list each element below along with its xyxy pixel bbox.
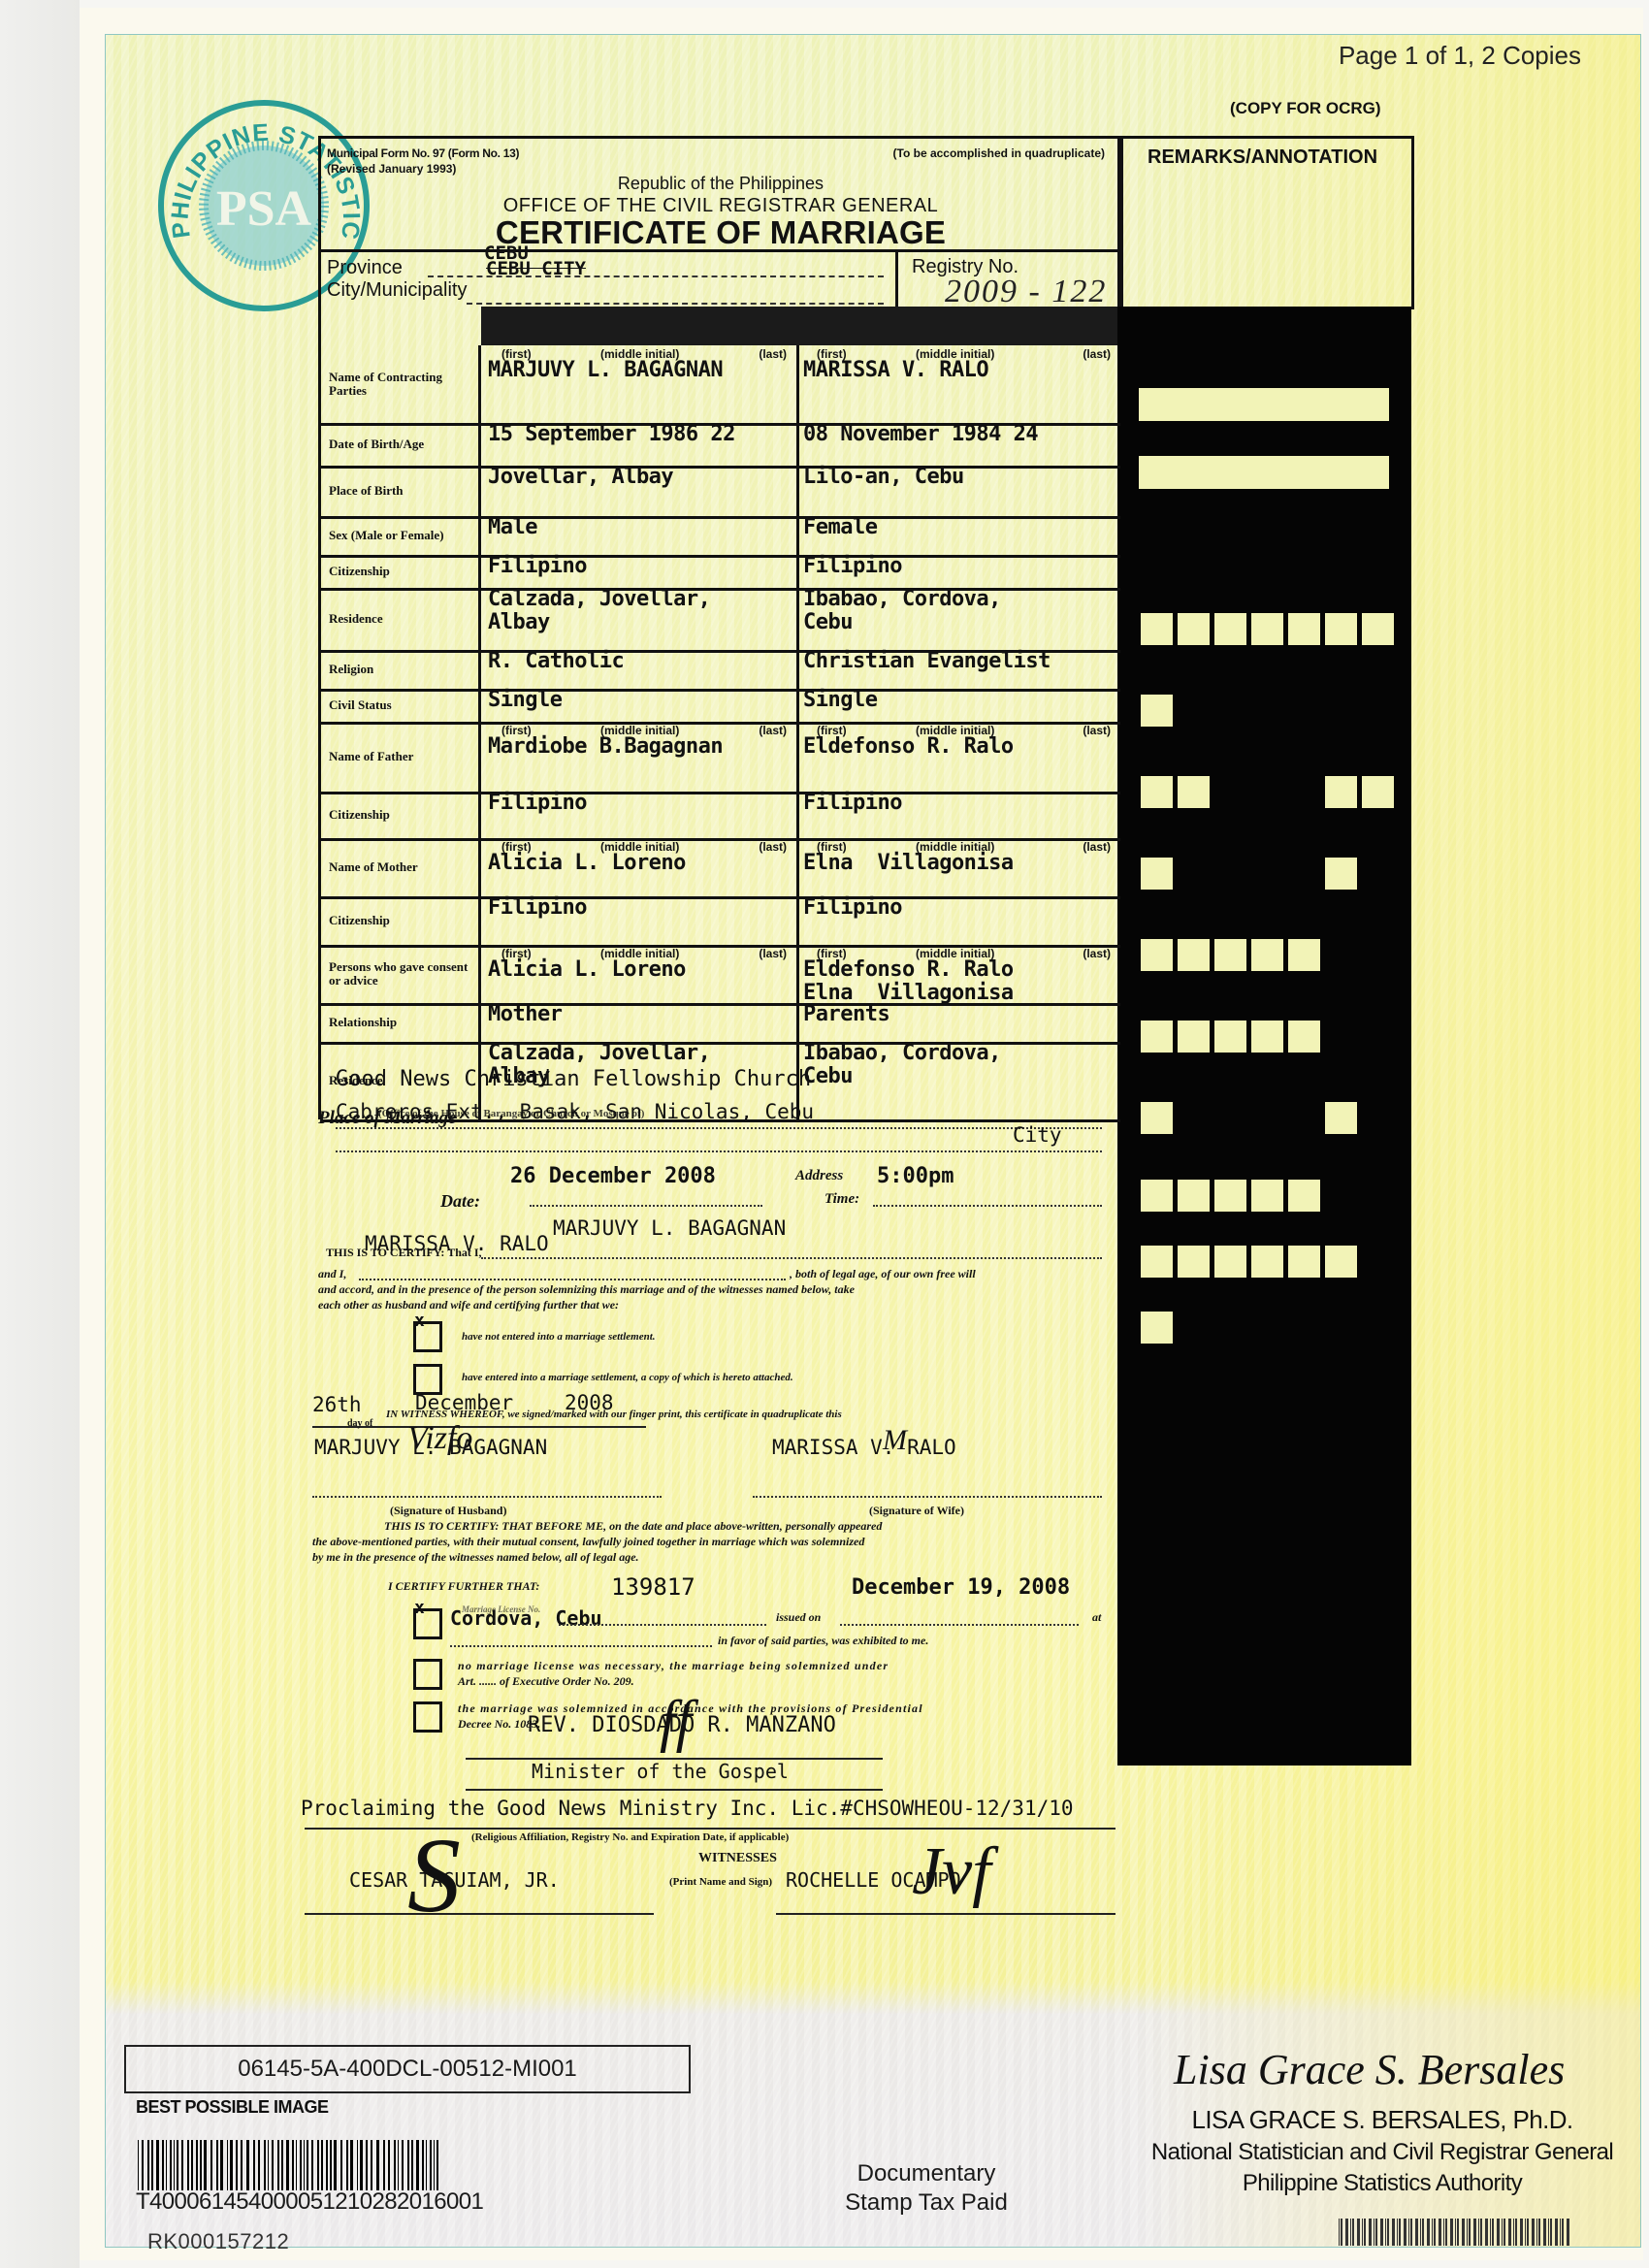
wife-cell: Parents xyxy=(799,1003,1120,1042)
checkbox-no-settlement[interactable]: x xyxy=(413,1321,442,1352)
wife-value: Christian Evangelist xyxy=(803,650,1051,673)
wife-cell: Lilo-an, Cebu xyxy=(799,466,1120,516)
wife-cell: Christian Evangelist xyxy=(799,650,1120,689)
husband-cell: Single xyxy=(484,689,799,722)
husband-value: Filipino xyxy=(488,555,587,578)
last-sublabel: (last) xyxy=(1083,840,1111,854)
husband-cell: 15 September 1986 22 xyxy=(484,423,799,466)
husband-value: Alicia L. Loreno xyxy=(488,958,686,982)
husband-cell: Mother xyxy=(484,1003,799,1042)
last-sublabel: (last) xyxy=(759,347,787,361)
wife-cell: Filipino xyxy=(799,792,1120,838)
consent-text-3: each other as husband and wife and certi… xyxy=(318,1298,619,1312)
witness-sublabel: (Print Name and Sign) xyxy=(669,1876,772,1888)
affiliation-label: (Religious Affiliation, Registry No. and… xyxy=(471,1831,789,1843)
check-mark-icon: x xyxy=(414,1311,425,1331)
table-row: Sex (Male or Female)MaleFemale xyxy=(321,516,1120,558)
husband-value: Jovellar, Albay xyxy=(488,466,673,489)
at-label: at xyxy=(1092,1610,1101,1625)
barcode-icon xyxy=(138,2140,603,2190)
best-image-label: BEST POSSIBLE IMAGE xyxy=(136,2097,329,2118)
table-row: Date of Birth/Age15 September 1986 2208 … xyxy=(321,423,1120,469)
barcode-number: T400061454000051210282016001 xyxy=(136,2188,483,2216)
husband-cell: (first)(middle initial)(last)Alicia L. L… xyxy=(484,838,799,896)
stamp-tax-label: Documentary Stamp Tax Paid xyxy=(810,2159,1043,2218)
wife-cell: Filipino xyxy=(799,555,1120,588)
form-number: Municipal Form No. 97 (Form No. 13) xyxy=(327,146,519,160)
control-number: 06145-5A-400DCL-00512-MI001 xyxy=(238,2056,577,2083)
no-license-2: Art. ...... of Executive Order No. 209. xyxy=(458,1674,634,1689)
wife-value: Filipino xyxy=(803,896,902,920)
wife-value: Eldefonso R. Ralo Elna Villagonisa xyxy=(803,958,1014,1005)
wife-cell: (first)(middle initial)(last)MARISSA V. … xyxy=(799,345,1120,423)
officer-agency: Philippine Statistics Authority xyxy=(1120,2170,1644,2197)
row-label: Persons who gave consent or advice xyxy=(321,945,481,1003)
republic-heading: Republic of the Philippines xyxy=(321,174,1120,194)
wife-value: 08 November 1984 24 xyxy=(803,423,1038,446)
page-info: Page 1 of 1, 2 Copies xyxy=(1339,41,1581,71)
marriage-data-table: Name of Contracting Parties(first)(middl… xyxy=(318,307,1120,1119)
last-sublabel: (last) xyxy=(1083,724,1111,737)
witness-2-signature: Jvf xyxy=(912,1833,991,1911)
wife-cell: (first)(middle initial)(last)Eldefonso R… xyxy=(799,945,1120,1003)
wife-value: Single xyxy=(803,689,877,712)
wife-signature-label: (Signature of Wife) xyxy=(869,1504,964,1518)
table-row: Place of BirthJovellar, AlbayLilo-an, Ce… xyxy=(321,466,1120,519)
row-label: Citizenship xyxy=(321,555,481,588)
witness-1-signature: S xyxy=(407,1814,461,1937)
license-number: 139817 xyxy=(611,1573,695,1601)
province-row: Province City/Municipality CEBU CEBU CIT… xyxy=(321,249,1120,312)
husband-value: Mardiobe B.Bagagnan xyxy=(488,735,723,759)
solemnizer-position: Minister of the Gospel xyxy=(532,1760,789,1783)
wife-value: Parents xyxy=(803,1003,889,1026)
wife-cell: (first)(middle initial)(last)Eldefonso R… xyxy=(799,722,1120,792)
license-date: December 19, 2008 xyxy=(852,1575,1070,1600)
security-barcode-icon xyxy=(1339,2219,1630,2246)
last-sublabel: (last) xyxy=(1083,347,1111,361)
table-row: CitizenshipFilipinoFilipino xyxy=(321,555,1120,591)
table-row: Persons who gave consent or advice(first… xyxy=(321,945,1120,1006)
officer-title: National Statistician and Civil Registra… xyxy=(1120,2139,1644,2166)
remarks-redaction xyxy=(1117,307,1411,1766)
wife-cell: 08 November 1984 24 xyxy=(799,423,1120,466)
row-label: Place of Birth xyxy=(321,466,481,516)
marriage-date: 26 December 2008 xyxy=(510,1164,716,1188)
husband-value: 15 September 1986 22 xyxy=(488,423,735,446)
table-row: Name of Contracting Parties(first)(middl… xyxy=(321,345,1120,426)
time-label: Time: xyxy=(824,1191,859,1208)
remarks-header: REMARKS/ANNOTATION xyxy=(1148,146,1377,169)
husband-signature: Vizfo xyxy=(407,1420,472,1457)
wife-value: Ibabao, Cordova, Cebu xyxy=(803,588,1001,634)
no-license-1: no marriage license was necessary, the m… xyxy=(458,1659,889,1673)
address-label: Address xyxy=(795,1168,843,1184)
husband-cell: Jovellar, Albay xyxy=(484,466,799,516)
row-label: Citizenship xyxy=(321,896,481,945)
wife-value: Ibabao, Cordova, Cebu xyxy=(803,1042,1001,1088)
husband-value: Single xyxy=(488,689,562,712)
witnesses-label: WITNESSES xyxy=(698,1851,777,1866)
city-label: City/Municipality xyxy=(327,279,467,302)
wife-value: Elna Villagonisa xyxy=(803,852,1014,875)
control-number-box: 06145-5A-400DCL-00512-MI001 xyxy=(124,2045,691,2093)
husband-signature-label: (Signature of Husband) xyxy=(390,1504,506,1518)
wife-value: Lilo-an, Cebu xyxy=(803,466,964,489)
solemnizer-cert-2: the above-mentioned parties, with their … xyxy=(312,1535,864,1549)
checkbox-no-license[interactable] xyxy=(413,1659,442,1690)
husband-value: R. Catholic xyxy=(488,650,624,673)
wife-cell: Ibabao, Cordova, Cebu xyxy=(799,1042,1120,1119)
wife-value: Filipino xyxy=(803,792,902,815)
table-row: CitizenshipFilipinoFilipino xyxy=(321,792,1120,841)
wife-signature-name: MARISSA V. RALO xyxy=(772,1436,956,1459)
solemnizer-signature: ff xyxy=(660,1688,692,1755)
marriage-time: 5:00pm xyxy=(877,1164,954,1188)
registry-box: Registry No. 2009 - 122 xyxy=(895,252,1123,312)
last-sublabel: (last) xyxy=(1083,947,1111,960)
table-row: Name of Mother(first)(middle initial)(la… xyxy=(321,838,1120,899)
husband-cell: R. Catholic xyxy=(484,650,799,689)
license-text-2: in favor of said parties, was exhibited … xyxy=(718,1634,928,1648)
option-no-settlement: have not entered into a marriage settlem… xyxy=(462,1331,656,1343)
row-label: Residence xyxy=(321,588,481,650)
husband-value: Alicia L. Loreno xyxy=(488,852,686,875)
row-label: Name of Mother xyxy=(321,838,481,896)
place-line1: Good News Christian Fellowship Church xyxy=(336,1067,811,1091)
husband-value: Filipino xyxy=(488,792,587,815)
husband-cell: Male xyxy=(484,516,799,555)
last-sublabel: (last) xyxy=(759,947,787,960)
husband-cell: Filipino xyxy=(484,792,799,838)
wife-cell: (first)(middle initial)(last)Elna Villag… xyxy=(799,838,1120,896)
husband-cell: Filipino xyxy=(484,555,799,588)
date-label: Date: xyxy=(440,1191,480,1212)
row-label: Name of Father xyxy=(321,722,481,792)
copy-for-label: (COPY FOR OCRG) xyxy=(1230,99,1381,118)
check-mark-icon: x xyxy=(414,1598,425,1618)
consent-text-2: and accord, and in the presence of the p… xyxy=(318,1282,855,1297)
table-row: Name of Father(first)(middle initial)(la… xyxy=(321,722,1120,794)
wife-signature: M xyxy=(883,1424,907,1457)
psa-monogram: PSA xyxy=(216,181,312,237)
city-value: CEBU CITY xyxy=(486,258,586,279)
wife-value: Filipino xyxy=(803,555,902,578)
husband-value: Mother xyxy=(488,1003,562,1026)
rk-number: RK000157212 xyxy=(147,2229,289,2254)
registry-value: 2009 - 122 xyxy=(945,274,1107,310)
checkbox-pd[interactable] xyxy=(413,1701,442,1733)
option-settlement: have entered into a marriage settlement,… xyxy=(462,1372,793,1383)
officer-signature: Lisa Grace S. Bersales xyxy=(1174,2045,1565,2094)
husband-cell: Filipino xyxy=(484,896,799,945)
witness-statement: IN WITNESS WHEREOF, we signed/marked wit… xyxy=(386,1409,842,1420)
day-of-label: day of xyxy=(347,1418,372,1429)
row-label: Citizenship xyxy=(321,792,481,838)
wife-cell: Single xyxy=(799,689,1120,722)
wife-cell: Filipino xyxy=(799,896,1120,945)
row-label: Civil Status xyxy=(321,689,481,722)
wife-value: Eldefonso R. Ralo xyxy=(803,735,1014,759)
row-label: Religion xyxy=(321,650,481,689)
row-label: Date of Birth/Age xyxy=(321,423,481,466)
issued-on-label: issued on xyxy=(776,1610,821,1625)
certifying-officer: LISA GRACE S. BERSALES, Ph.D. National S… xyxy=(1120,2105,1644,2197)
row-label: Name of Contracting Parties xyxy=(321,345,481,423)
remarks-box: REMARKS/ANNOTATION xyxy=(1117,136,1414,309)
place-line3: City xyxy=(1013,1123,1062,1147)
license-label: Marriage License No. xyxy=(462,1604,540,1614)
husband-cell: (first)(middle initial)(last)Alicia L. L… xyxy=(484,945,799,1003)
solemnizer-cert-1: THIS IS TO CERTIFY: THAT BEFORE ME, on t… xyxy=(384,1519,882,1534)
husband-value: Male xyxy=(488,516,537,539)
table-row: CitizenshipFilipinoFilipino xyxy=(321,896,1120,948)
row-label: Sex (Male or Female) xyxy=(321,516,481,555)
husband-cell: (first)(middle initial)(last)Mardiobe B.… xyxy=(484,722,799,792)
husband-value: MARJUVY L. BAGAGNAN xyxy=(488,359,723,382)
witness-day: 26th xyxy=(312,1393,362,1416)
table-row: Civil StatusSingleSingle xyxy=(321,689,1120,725)
table-row: ResidenceCalzada, Jovellar, AlbayIbabao,… xyxy=(321,588,1120,653)
checkbox-license[interactable]: x xyxy=(413,1608,442,1639)
row-label: Relationship xyxy=(321,1003,481,1042)
solemnizer-cert-3: by me in the presence of the witnesses n… xyxy=(312,1550,639,1565)
province-label: Province xyxy=(327,258,403,277)
wife-cell: Ibabao, Cordova, Cebu xyxy=(799,588,1120,650)
and-i-label: and I, xyxy=(318,1267,346,1281)
table-row: ReligionR. CatholicChristian Evangelist xyxy=(321,650,1120,692)
wife-value: Female xyxy=(803,516,877,539)
form-header: Municipal Form No. 97 (Form No. 13) (Rev… xyxy=(318,136,1123,309)
husband-name-cert: MARJUVY L. BAGAGNAN xyxy=(553,1216,786,1240)
document-title: CERTIFICATE OF MARRIAGE xyxy=(321,214,1120,251)
wife-value: MARISSA V. RALO xyxy=(803,359,988,382)
quadruplicate-note: (To be accomplished in quadruplicate) xyxy=(893,146,1105,160)
husband-cell: (first)(middle initial)(last)MARJUVY L. … xyxy=(484,345,799,423)
last-sublabel: (last) xyxy=(759,724,787,737)
last-sublabel: (last) xyxy=(759,840,787,854)
place-sublabel: (Office of the House of Barangay or Chur… xyxy=(378,1108,644,1119)
husband-cell: Calzada, Jovellar, Albay xyxy=(484,588,799,650)
husband-value: Filipino xyxy=(488,896,587,920)
husband-value: Calzada, Jovellar, Albay xyxy=(488,588,710,634)
table-row: RelationshipMotherParents xyxy=(321,1003,1120,1045)
scan-margin xyxy=(0,0,80,2268)
certify-lead: THIS IS TO CERTIFY: That I, xyxy=(326,1246,482,1260)
wife-cell: Female xyxy=(799,516,1120,555)
officer-name: LISA GRACE S. BERSALES, Ph.D. xyxy=(1120,2105,1644,2135)
consent-text-1: , both of legal age, of our own free wil… xyxy=(790,1267,976,1281)
certify-further: I CERTIFY FURTHER THAT: xyxy=(388,1579,539,1594)
